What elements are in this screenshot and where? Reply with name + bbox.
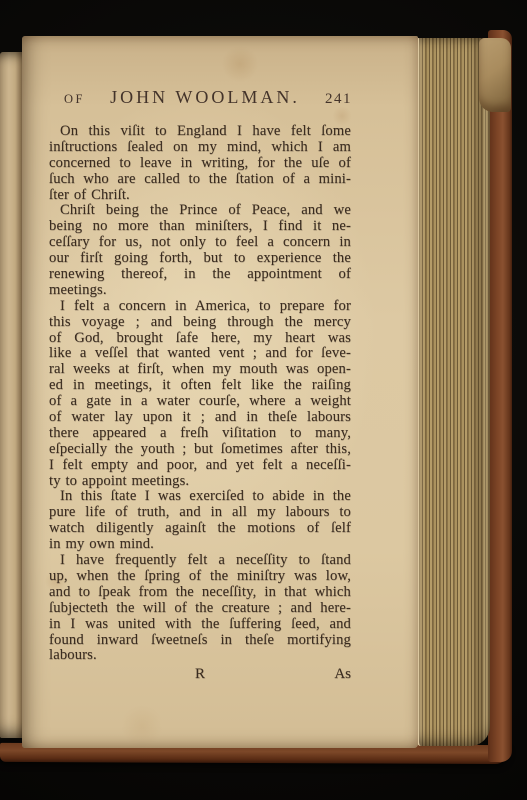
book-page: OF JOHN WOOLMAN. 241 On this viſit to En… xyxy=(22,36,418,748)
text-line: this voyage ; and being through the merc… xyxy=(49,315,351,331)
text-line: concerned to leave in writing, for the u… xyxy=(49,156,351,172)
text-block: On this viſit to England I have felt ſom… xyxy=(49,124,351,664)
text-line: labours. xyxy=(49,648,351,664)
text-line: of a gate in a water courſe, where a wei… xyxy=(49,394,351,410)
text-line: found inward ſweetneſs in theſe mortifyi… xyxy=(49,633,351,649)
book-cover-right-edge xyxy=(488,30,512,762)
text-line: watch diligently againſt the motions of … xyxy=(49,521,351,537)
header-prefix: OF xyxy=(64,92,85,107)
facing-page-gutter-edge xyxy=(0,52,23,738)
header-title: JOHN WOOLMAN. xyxy=(110,87,300,108)
worn-cover-corner xyxy=(479,38,511,112)
page-stack-fore-edge xyxy=(417,38,490,746)
text-line: On this viſit to England I have felt ſom… xyxy=(49,124,351,140)
text-line: pure life of truth, and in all my labour… xyxy=(49,505,351,521)
text-line: ral weeks at firſt, when my mouth was op… xyxy=(49,362,351,378)
text-line: ſuch who are called to the ſtation of a … xyxy=(49,172,351,188)
text-line: being no more than miniſters, I find it … xyxy=(49,219,351,235)
text-line: In this ſtate I was exerciſed to abide i… xyxy=(49,489,351,505)
text-line: in I was united with the ſuffering ſeed,… xyxy=(49,617,351,633)
text-line: renewing thereof, in the appointment of xyxy=(49,267,351,283)
text-line: I have frequently felt a neceſſity to ſt… xyxy=(49,553,351,569)
text-line: ceſſary for us, not only to feel a conce… xyxy=(49,235,351,251)
running-header: OF JOHN WOOLMAN. 241 xyxy=(64,87,352,107)
photo-scene: OF JOHN WOOLMAN. 241 On this viſit to En… xyxy=(0,0,527,800)
text-line: in my own mind. xyxy=(49,537,351,553)
text-line: ed in meetings, it often felt like the r… xyxy=(49,378,351,394)
text-line: of water lay upon it ; and in theſe labo… xyxy=(49,410,351,426)
signature-mark: R xyxy=(49,666,351,683)
text-line: like a veſſel that wanted vent ; and for… xyxy=(49,346,351,362)
text-line: there appeared a freſh viſitation to man… xyxy=(49,426,351,442)
text-line: ſubjecteth the will of the creature ; an… xyxy=(49,601,351,617)
text-line: ſter of Chriſt. xyxy=(49,188,351,204)
text-line: our firſt going forth, but to experience… xyxy=(49,251,351,267)
footer-line: R As xyxy=(49,666,351,684)
text-line: meetings. xyxy=(49,283,351,299)
text-line: and to ſpeak from the neceſſity, in that… xyxy=(49,585,351,601)
text-line: ty to appoint meetings. xyxy=(49,474,351,490)
text-line: eſpecially the youth ; but ſometimes aft… xyxy=(49,442,351,458)
text-line: of God, brought ſafe here, my heart was xyxy=(49,331,351,347)
page-number: 241 xyxy=(325,91,352,108)
text-line: I felt a concern in America, to prepare … xyxy=(49,299,351,315)
text-line: inſtructions ſealed on my mind, which I … xyxy=(49,140,351,156)
text-line: up, when the ſpring of the miniſtry was … xyxy=(49,569,351,585)
text-line: I felt empty and poor, and yet felt a ne… xyxy=(49,458,351,474)
catchword: As xyxy=(334,666,351,683)
text-line: Chriſt being the Prince of Peace, and we xyxy=(49,203,351,219)
